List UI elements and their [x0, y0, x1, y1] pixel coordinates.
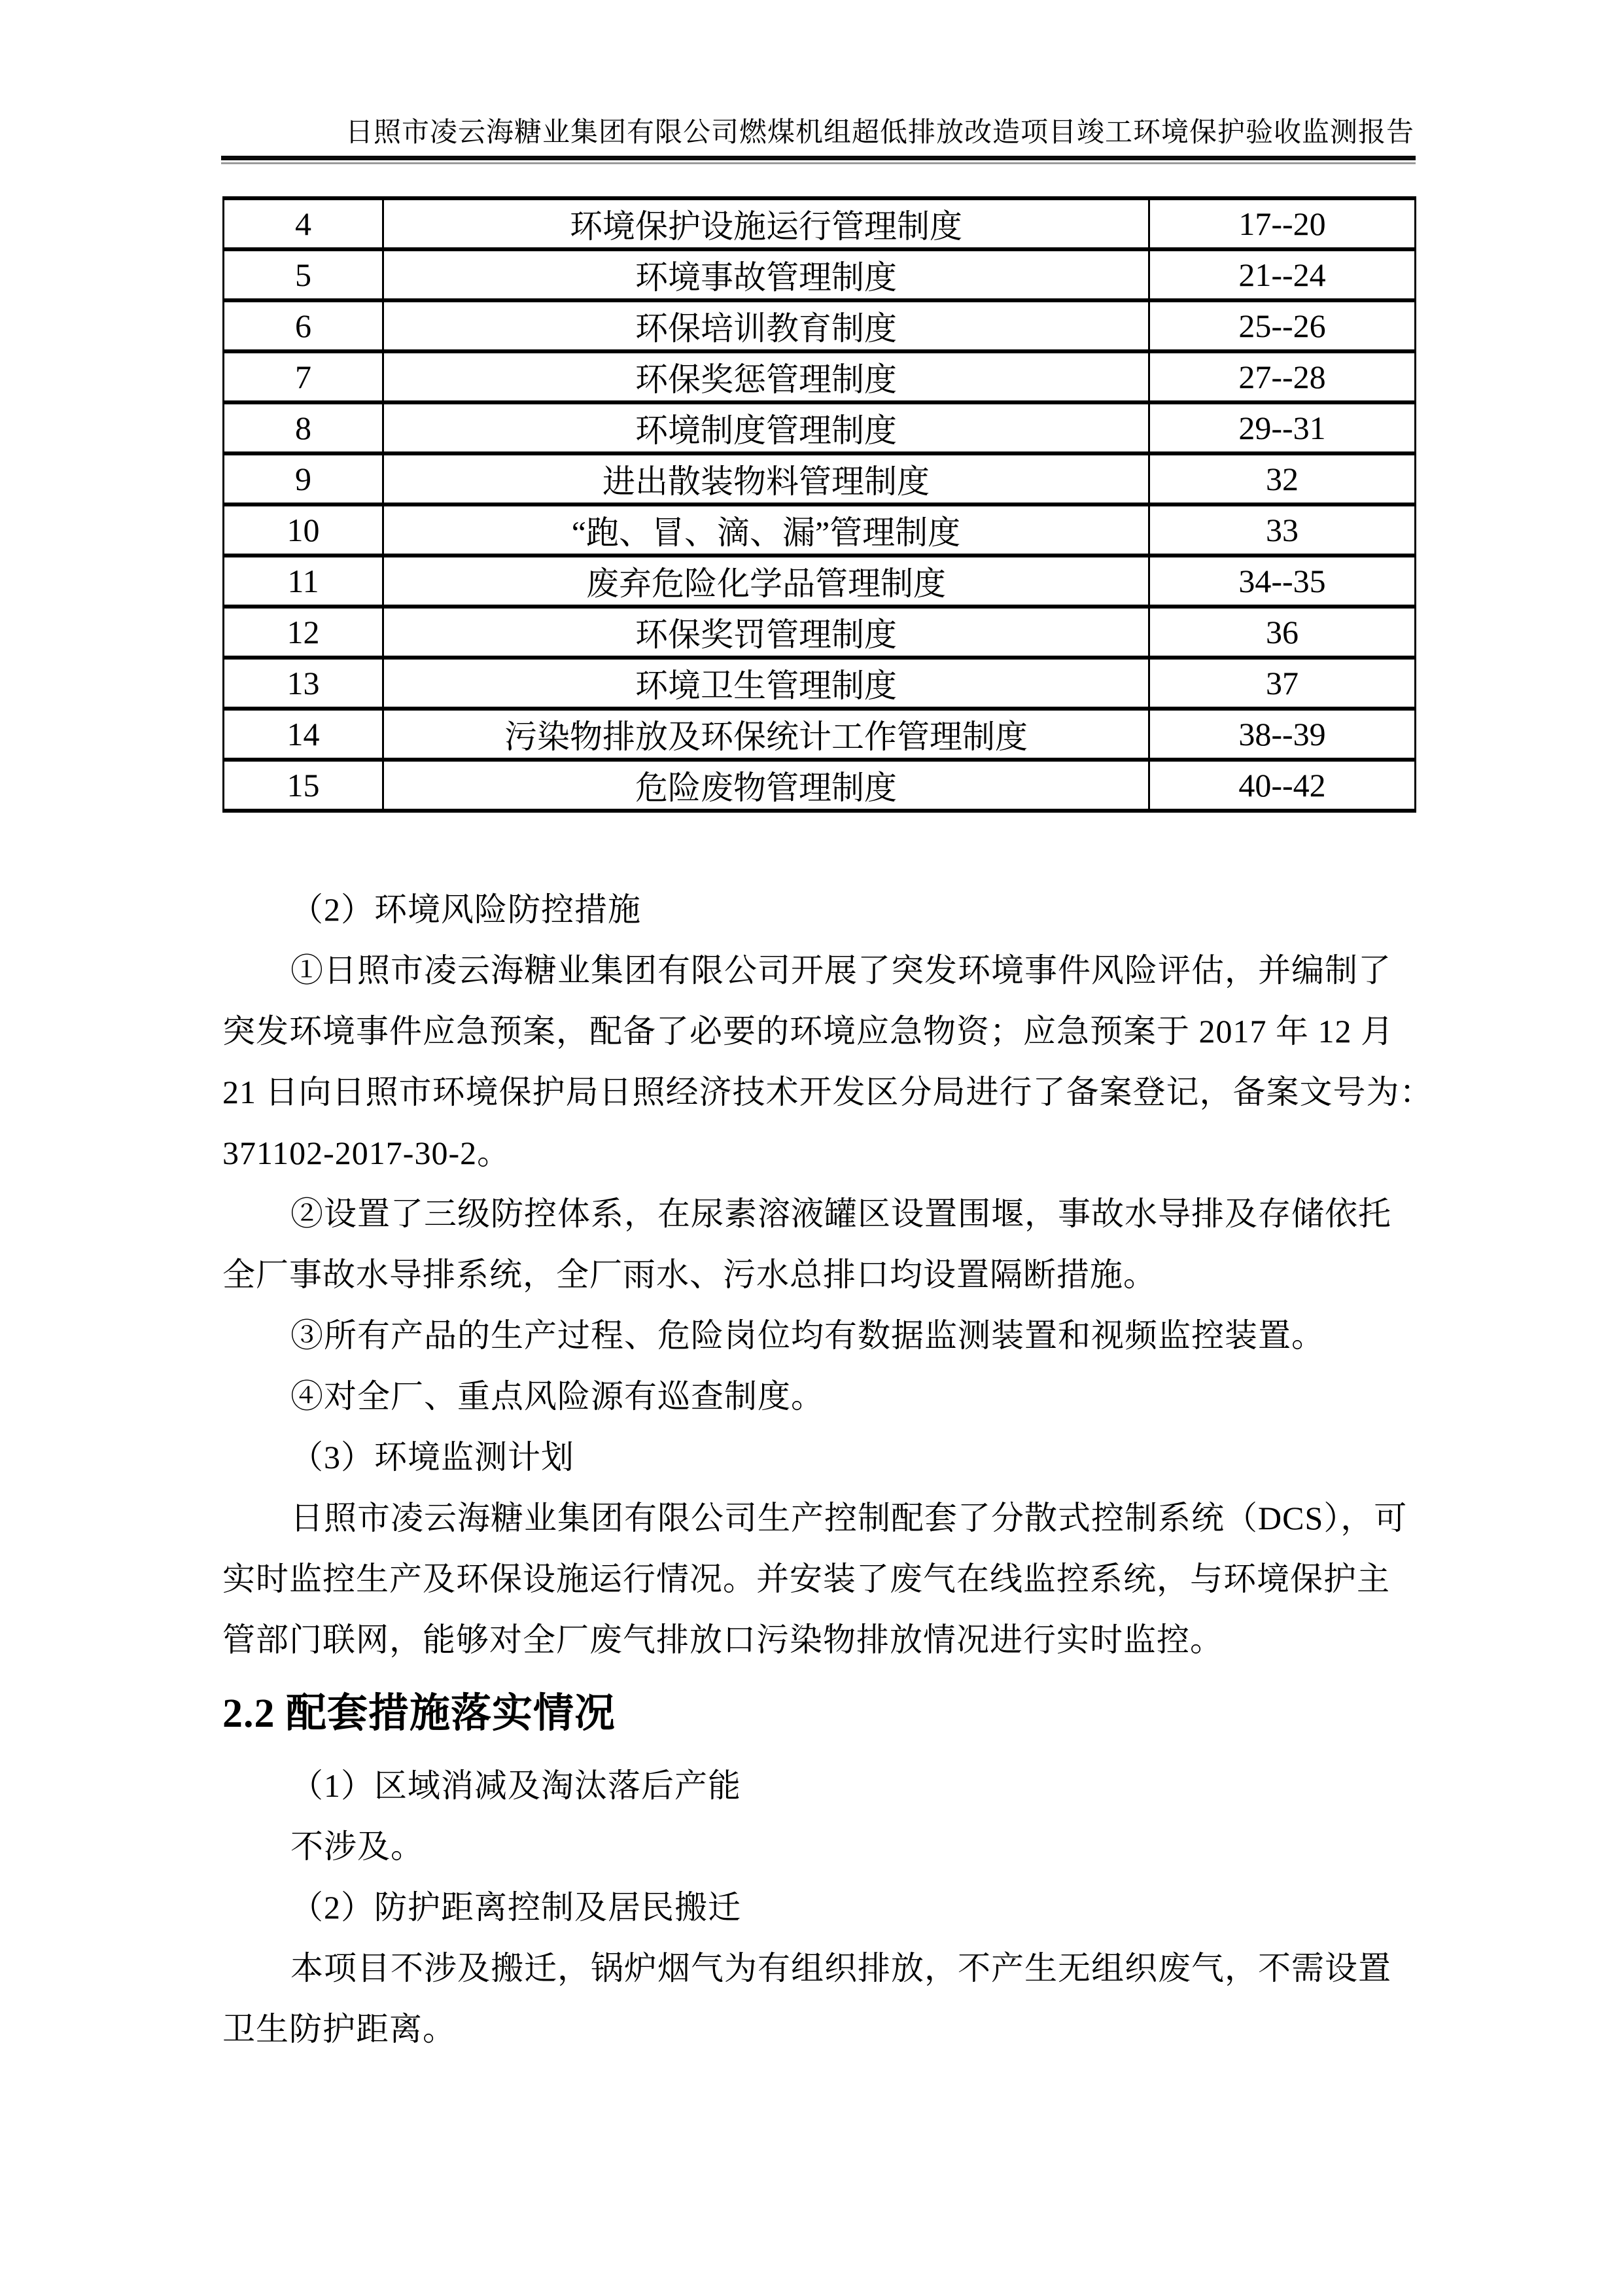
row-name: 废弃危险化学品管理制度	[383, 556, 1149, 607]
row-number: 13	[224, 658, 383, 709]
row-pages: 21--24	[1149, 249, 1416, 300]
row-name: 环境制度管理制度	[383, 402, 1149, 453]
row-number: 12	[224, 607, 383, 658]
text-line: 日照市凌云海糖业集团有限公司生产控制配套了分散式控制系统（DCS），可	[222, 1488, 1414, 1549]
row-pages: 29--31	[1149, 402, 1416, 453]
row-name: 环境事故管理制度	[383, 249, 1149, 300]
row-pages: 25--26	[1149, 300, 1416, 351]
row-number: 11	[224, 556, 383, 607]
table-row: 15危险废物管理制度40--42	[224, 760, 1416, 811]
text-line: 本项目不涉及搬迁，锅炉烟气为有组织排放，不产生无组织废气，不需设置	[222, 1938, 1414, 1999]
table-row: 10“跑、冒、滴、漏”管理制度33	[224, 504, 1416, 556]
row-pages: 34--35	[1149, 556, 1416, 607]
row-name: 环境卫生管理制度	[383, 658, 1149, 709]
row-name: “跑、冒、滴、漏”管理制度	[383, 504, 1149, 556]
table-row: 6环保培训教育制度25--26	[224, 300, 1416, 351]
text-line: （2）环境风险防控措施	[222, 879, 1414, 940]
row-number: 10	[224, 504, 383, 556]
table-row: 14污染物排放及环保统计工作管理制度38--39	[224, 709, 1416, 760]
row-pages: 27--28	[1149, 351, 1416, 402]
table-row: 5环境事故管理制度21--24	[224, 249, 1416, 300]
table-row: 11废弃危险化学品管理制度34--35	[224, 556, 1416, 607]
row-pages: 32	[1149, 453, 1416, 504]
text-line: （2）防护距离控制及居民搬迁	[222, 1877, 1414, 1938]
row-name: 危险废物管理制度	[383, 760, 1149, 811]
row-pages: 33	[1149, 504, 1416, 556]
text-line: 不涉及。	[222, 1816, 1414, 1877]
table-row: 9进出散装物料管理制度32	[224, 453, 1416, 504]
row-number: 7	[224, 351, 383, 402]
row-number: 6	[224, 300, 383, 351]
table-row: 4环境保护设施运行管理制度17--20	[224, 198, 1416, 249]
body-text: （2）环境风险防控措施①日照市凌云海糖业集团有限公司开展了突发环境事件风险评估，…	[222, 879, 1414, 2060]
text-line: 实时监控生产及环保设施运行情况。并安装了废气在线监控系统，与环境保护主	[222, 1549, 1414, 1610]
row-name: 环境保护设施运行管理制度	[383, 198, 1149, 249]
row-name: 环保奖罚管理制度	[383, 607, 1149, 658]
text-line: 管部门联网，能够对全厂废气排放口污染物排放情况进行实时监控。	[222, 1610, 1414, 1670]
text-line: （3）环境监测计划	[222, 1427, 1414, 1488]
row-number: 4	[224, 198, 383, 249]
row-number: 8	[224, 402, 383, 453]
row-name: 污染物排放及环保统计工作管理制度	[383, 709, 1149, 760]
text-line: ①日照市凌云海糖业集团有限公司开展了突发环境事件风险评估，并编制了	[222, 940, 1414, 1001]
row-number: 14	[224, 709, 383, 760]
text-line: 371102-2017-30-2。	[222, 1123, 1414, 1184]
section-heading: 2.2 配套措施落实情况	[222, 1684, 1414, 1744]
row-number: 5	[224, 249, 383, 300]
document-page: 日照市凌云海糖业集团有限公司燃煤机组超低排放改造项目竣工环境保护验收监测报告 4…	[0, 0, 1623, 2296]
header-title: 日照市凌云海糖业集团有限公司燃煤机组超低排放改造项目竣工环境保护验收监测报告	[222, 115, 1414, 150]
text-line: 全厂事故水导排系统，全厂雨水、污水总排口均设置隔断措施。	[222, 1245, 1414, 1305]
text-line: ②设置了三级防控体系，在尿素溶液罐区设置围堰，事故水导排及存储依托	[222, 1184, 1414, 1245]
row-number: 15	[224, 760, 383, 811]
table-row: 13环境卫生管理制度37	[224, 658, 1416, 709]
row-pages: 36	[1149, 607, 1416, 658]
table-row: 12环保奖罚管理制度36	[224, 607, 1416, 658]
table-row: 7环保奖惩管理制度27--28	[224, 351, 1416, 402]
row-number: 9	[224, 453, 383, 504]
row-name: 环保奖惩管理制度	[383, 351, 1149, 402]
row-pages: 40--42	[1149, 760, 1416, 811]
row-pages: 17--20	[1149, 198, 1416, 249]
text-line: 21 日向日照市环境保护局日照经济技术开发区分局进行了备案登记，备案文号为：	[222, 1062, 1414, 1123]
text-line: ④对全厂、重点风险源有巡查制度。	[222, 1366, 1414, 1427]
text-line: （1）区域消减及淘汰落后产能	[222, 1756, 1414, 1816]
row-pages: 37	[1149, 658, 1416, 709]
management-system-table: 4环境保护设施运行管理制度17--205环境事故管理制度21--246环保培训教…	[222, 196, 1416, 813]
row-pages: 38--39	[1149, 709, 1416, 760]
row-name: 进出散装物料管理制度	[383, 453, 1149, 504]
row-name: 环保培训教育制度	[383, 300, 1149, 351]
header-rule	[221, 156, 1416, 164]
table-row: 8环境制度管理制度29--31	[224, 402, 1416, 453]
text-line: ③所有产品的生产过程、危险岗位均有数据监测装置和视频监控装置。	[222, 1305, 1414, 1366]
header-rule-thin-line	[221, 162, 1416, 164]
text-line: 卫生防护距离。	[222, 1999, 1414, 2060]
text-line: 突发环境事件应急预案，配备了必要的环境应急物资；应急预案于 2017 年 12 …	[222, 1001, 1414, 1062]
paragraph-block-supporting-measures: （1）区域消减及淘汰落后产能不涉及。（2）防护距离控制及居民搬迁本项目不涉及搬迁…	[222, 1756, 1414, 2060]
paragraph-block-risk-control: （2）环境风险防控措施①日照市凌云海糖业集团有限公司开展了突发环境事件风险评估，…	[222, 879, 1414, 1670]
header-rule-thick-line	[221, 156, 1416, 160]
